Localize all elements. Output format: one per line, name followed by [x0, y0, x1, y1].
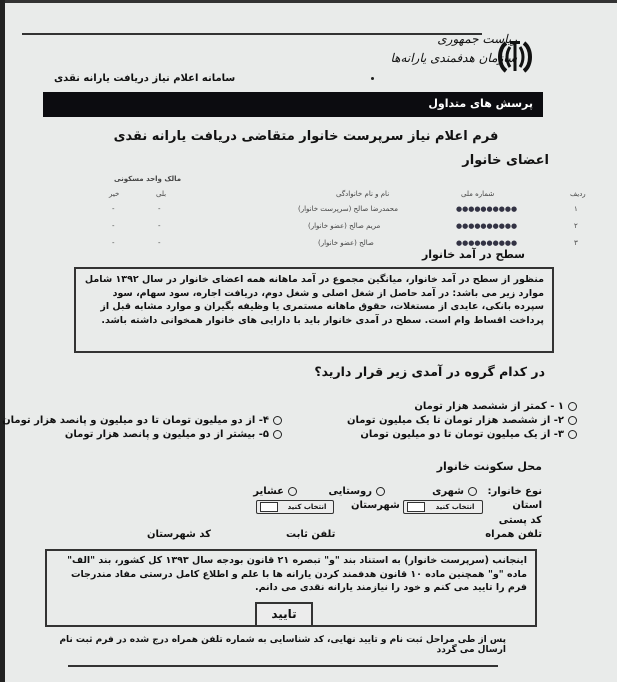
- consent-text: اینجانب (سرپرست خانوار) به استناد بند "و…: [67, 555, 527, 593]
- household-type-nomadic[interactable]: عشایر: [253, 486, 297, 497]
- row-national-id: ●●●●●●●●●●: [456, 205, 517, 213]
- radio-icon[interactable]: [273, 416, 282, 425]
- income-option-2[interactable]: ۲- از ششصد هزار تومان تا یک میلیون تومان: [347, 415, 577, 426]
- province-label: استان: [512, 500, 542, 511]
- row-name: محمدرضا صالح (سرپرست خانوار): [298, 205, 398, 213]
- area-code-label: کد شهرستان: [147, 529, 211, 540]
- org-line-2: سازمان هدفمندی یارانه‌ها: [390, 49, 517, 68]
- option-label: ۵- بیشتر از دو میلیون و پانصد هزار تومان: [65, 429, 269, 440]
- residence-section-title: محل سکونت خانوار: [437, 460, 542, 473]
- form-title: فرم اعلام نیاز سرپرست خانوار متقاضی دریا…: [96, 129, 516, 144]
- landline-label: تلفن ثابت: [286, 529, 335, 540]
- col-name: نام و نام خانوادگی: [336, 190, 389, 198]
- option-label: شهری: [432, 486, 464, 497]
- option-label: ۲- از ششصد هزار تومان تا یک میلیون تومان: [347, 415, 564, 426]
- org-line-1: ریاست جمهوری: [390, 30, 517, 49]
- row-no[interactable]: -: [112, 205, 115, 213]
- consent-box: اینجانب (سرپرست خانوار) به استناد بند "و…: [45, 549, 537, 627]
- mobile-label: تلفن همراه: [485, 529, 542, 540]
- income-option-3[interactable]: ۳- از یک میلیون تومان تا دو میلیون تومان: [360, 429, 577, 440]
- col-index: ردیف: [570, 190, 586, 198]
- dropdown-button[interactable]: [260, 502, 278, 512]
- radio-icon[interactable]: [273, 430, 282, 439]
- row-index: ۱: [574, 205, 578, 213]
- option-label: ۴- از دو میلیون تومان تا دو میلیون و پان…: [2, 415, 269, 426]
- row-name: مریم صالح (عضو خانوار): [308, 222, 380, 230]
- household-type-label: نوع خانوار:: [487, 486, 542, 497]
- row-national-id: ●●●●●●●●●●: [456, 222, 517, 230]
- bottom-rule: [68, 665, 498, 667]
- income-info-box: منظور از سطح در آمد خانوار، میانگین مجمو…: [74, 267, 554, 353]
- radio-icon[interactable]: [568, 402, 577, 411]
- income-info-text: منظور از سطح در آمد خانوار، میانگین مجمو…: [85, 274, 544, 326]
- dropdown-button[interactable]: [407, 502, 425, 512]
- household-type-urban[interactable]: شهری: [432, 486, 477, 497]
- province-select[interactable]: انتخاب کنید: [403, 500, 483, 514]
- col-no: خیر: [109, 190, 119, 198]
- option-label: ۱ - کمتر از ششصد هزار تومان: [414, 401, 564, 412]
- radio-icon[interactable]: [468, 487, 477, 496]
- members-section-title: اعضای خانوار: [462, 153, 549, 168]
- option-label: روستایی: [328, 486, 372, 497]
- row-yes[interactable]: -: [158, 205, 161, 213]
- col-yes: بلی: [156, 190, 166, 198]
- radio-icon[interactable]: [376, 487, 385, 496]
- income-option-4[interactable]: ۴- از دو میلیون تومان تا دو میلیون و پان…: [2, 415, 282, 426]
- organization-name: ریاست جمهوری سازمان هدفمندی یارانه‌ها: [390, 30, 517, 68]
- income-option-1[interactable]: ۱ - کمتر از ششصد هزار تومان: [414, 401, 577, 412]
- faq-bar[interactable]: پرسش های متداول: [43, 92, 543, 117]
- select-value: انتخاب کنید: [428, 503, 482, 511]
- frame-left-border: [0, 0, 5, 682]
- ownership-header: مالک واحد مسکونی: [114, 175, 181, 183]
- confirm-button[interactable]: تایید: [255, 602, 313, 625]
- city-select[interactable]: انتخاب کنید: [256, 500, 334, 514]
- option-label: ۳- از یک میلیون تومان تا دو میلیون تومان: [360, 429, 564, 440]
- row-national-id: ●●●●●●●●●●: [456, 239, 517, 247]
- system-title: سامانه اعلام نیاز دریافت یارانه نقدی: [54, 73, 235, 84]
- radio-icon[interactable]: [288, 487, 297, 496]
- faq-link[interactable]: پرسش های متداول: [428, 97, 533, 110]
- footer-note: پس از طی مراحل ثبت نام و تایید نهایی، کد…: [36, 635, 506, 655]
- row-no[interactable]: -: [112, 239, 115, 247]
- form-page: ریاست جمهوری سازمان هدفمندی یارانه‌ها سا…: [6, 3, 617, 682]
- select-value: انتخاب کنید: [281, 503, 333, 511]
- radio-icon[interactable]: [568, 430, 577, 439]
- row-index: ۲: [574, 222, 578, 230]
- row-yes[interactable]: -: [158, 239, 161, 247]
- income-section-title: سطح در آمد خانوار: [422, 248, 525, 261]
- col-national-id: شماره ملی: [461, 190, 494, 198]
- postal-code-label: کد پستی: [499, 515, 542, 526]
- row-yes[interactable]: -: [158, 222, 161, 230]
- radio-icon[interactable]: [568, 416, 577, 425]
- row-name: صالح (عضو خانوار): [318, 239, 374, 247]
- option-label: عشایر: [253, 486, 284, 497]
- city-label: شهرستان: [351, 500, 400, 511]
- row-index: ۳: [574, 239, 578, 247]
- household-type-rural[interactable]: روستایی: [328, 486, 385, 497]
- decorative-dot: [371, 77, 374, 80]
- row-no[interactable]: -: [112, 222, 115, 230]
- income-question: در کدام گروه در آمدی زیر قرار دارید؟: [314, 364, 545, 379]
- income-option-5[interactable]: ۵- بیشتر از دو میلیون و پانصد هزار تومان: [65, 429, 282, 440]
